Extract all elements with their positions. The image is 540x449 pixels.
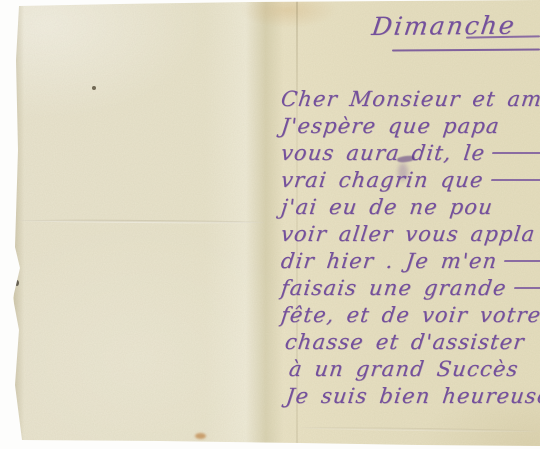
handwriting-text: voir aller vous appla (280, 222, 537, 246)
handwriting-line: vrai chagrin que (279, 167, 540, 194)
brown-stain (195, 433, 206, 439)
right-page-bottom-crease (300, 426, 538, 432)
handwriting-text: J'espère que papa (280, 114, 502, 138)
handwriting-line: voir aller vous appla (279, 221, 540, 248)
letter-body: Cher Monsieur et ami J'espère que papa v… (281, 86, 540, 410)
handwriting-line: à un grand Succès (287, 356, 540, 383)
letter-paper: Dimanche Cher Monsieur et ami J'espère q… (0, 0, 540, 449)
handwriting-line: J'espère que papa (279, 113, 540, 140)
handwriting-line: vous aura dit, le (279, 140, 540, 167)
pen-flourish (514, 287, 540, 289)
handwriting-text: dir hier . Je m'en (280, 249, 499, 273)
handwriting-text: j'ai eu de ne pou (280, 195, 495, 219)
handwriting-text: vrai chagrin que (280, 168, 486, 192)
handwriting-line: j'ai eu de ne pou (279, 194, 540, 221)
pen-flourish (492, 152, 540, 154)
pen-flourish (491, 179, 540, 181)
handwriting-line: chasse et d'assister (283, 329, 540, 356)
left-page-horizontal-crease (18, 219, 264, 224)
handwriting-text: chasse et d'assister (284, 330, 527, 354)
handwriting-text: vous aura dit, le (280, 141, 487, 165)
handwriting-text: Je suis bien heureuse (285, 384, 540, 408)
handwriting-text: à un grand Succès (288, 357, 521, 381)
ink-smudge (398, 163, 408, 181)
paper-left-edge-shadow (14, 0, 26, 449)
handwriting-text: Cher Monsieur et ami (280, 87, 540, 111)
handwriting-text: fête, et de voir votre (280, 303, 540, 327)
heading-underline (392, 48, 540, 51)
edge-speck (15, 280, 19, 286)
handwriting-line: Cher Monsieur et ami (279, 86, 540, 113)
ink-speck (92, 86, 96, 90)
handwriting-line: Je suis bien heureuse (284, 383, 540, 410)
handwriting-line: fête, et de voir votre (279, 302, 540, 329)
handwriting-line: dir hier . Je m'en (279, 248, 540, 275)
handwriting-text: faisais une grande (280, 276, 509, 300)
handwriting-line: faisais une grande (279, 275, 540, 302)
scribbled-out-word (504, 260, 540, 262)
